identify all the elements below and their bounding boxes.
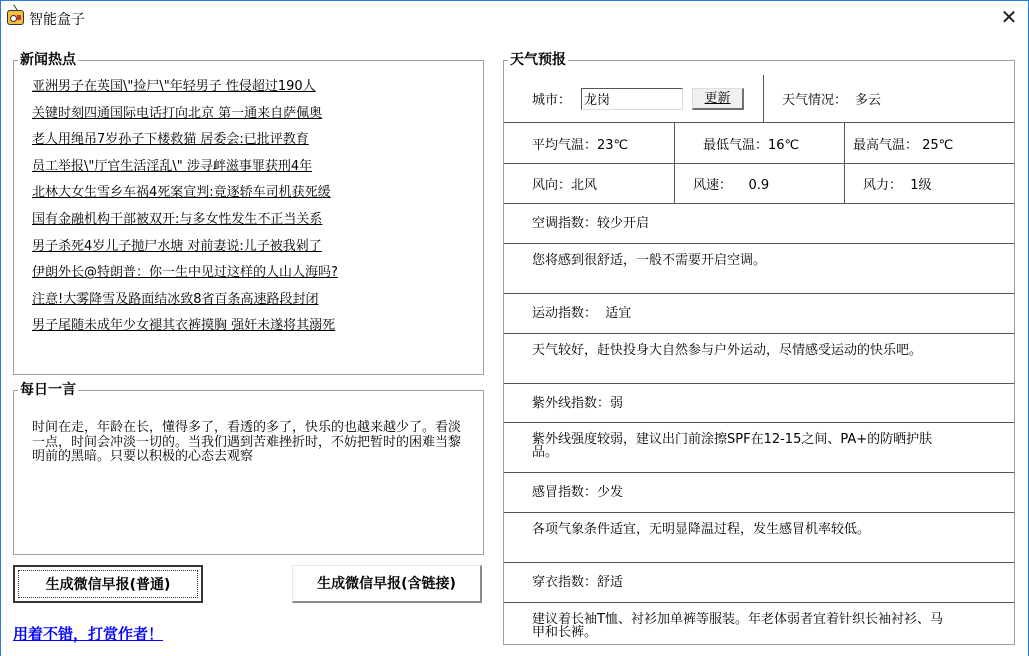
news-link[interactable]: 老人用绳吊7岁孙子下楼救猫 居委会:已批评教育	[32, 130, 338, 157]
news-link[interactable]: 男子尾随未成年少女褪其衣裤摸胸 强奸未遂将其溺死	[32, 316, 338, 343]
news-link[interactable]: 亚洲男子在英国\"捡尸\"年轻男子 性侵超过190人	[32, 77, 338, 104]
daily-quote-text: 时间在走，年龄在长，懂得多了，看透的多了，快乐的也越来越少了。看淡一点，时间会冲…	[32, 421, 462, 465]
news-link[interactable]: 男子杀死4岁儿子抛尸水塘 对前妻说:儿子被我剁了	[32, 237, 338, 264]
avg-temp: 平均气温：23℃	[504, 123, 674, 163]
daily-quote-group: 每日一言 时间在走，年龄在长，懂得多了，看透的多了，快乐的也越来越少了。看淡一点…	[13, 383, 484, 555]
news-link[interactable]: 关键时刻四通国际电话打向北京 第一通来自萨佩奥	[32, 104, 338, 131]
cold-desc-row: 各项气象条件适宜，无明显降温过程，发生感冒机率较低。	[504, 513, 1014, 563]
wind-speed: 风速： 0.9	[674, 164, 844, 203]
generate-report-link-button[interactable]: 生成微信早报(含链接)	[292, 565, 482, 603]
ac-index: 空调指数：较少开启	[504, 204, 954, 243]
sport-desc-row: 天气较好，赶快投身大自然参与户外运动，尽情感受运动的快乐吧。	[504, 334, 1014, 384]
ac-index-row: 空调指数：较少开启	[504, 204, 1014, 244]
city-label: 城市：	[532, 89, 571, 108]
cold-index: 感冒指数：少发	[504, 473, 954, 512]
uv-index: 紫外线指数：弱	[504, 384, 954, 422]
cold-desc: 各项气象条件适宜，无明显降温过程，发生感冒机率较低。	[504, 513, 954, 536]
close-icon[interactable]: ✕	[998, 7, 1020, 29]
news-group: 新闻热点 亚洲男子在英国\"捡尸\"年轻男子 性侵超过190人 关键时刻四通国际…	[13, 53, 484, 375]
refresh-button[interactable]: 更新	[692, 88, 744, 110]
city-cell: 城市： 更新	[504, 75, 763, 122]
news-link[interactable]: 伊朗外长@特朗普：你一生中见过这样的人山人海吗?	[32, 263, 338, 290]
wind-direction: 风向：北风	[504, 164, 674, 203]
cold-index-row: 感冒指数：少发	[504, 473, 1014, 513]
uv-desc: 紫外线强度较弱，建议出门前涂擦SPF在12-15之间、PA+的防晒护肤品。	[504, 423, 944, 459]
city-input[interactable]	[581, 88, 683, 110]
condition-label: 天气情况：	[782, 89, 847, 108]
weather-row-wind: 风向：北风 风速： 0.9 风力： 1级	[504, 164, 1014, 204]
app-window: 智能盒子 ✕ 新闻热点 亚洲男子在英国\"捡尸\"年轻男子 性侵超过190人 关…	[0, 0, 1029, 656]
uv-desc-row: 紫外线强度较弱，建议出门前涂擦SPF在12-15之间、PA+的防晒护肤品。	[504, 423, 1014, 473]
title-bar: 智能盒子 ✕	[1, 1, 1028, 35]
window-title: 智能盒子	[29, 9, 85, 29]
donate-link[interactable]: 用着不错，打赏作者！	[13, 623, 163, 644]
condition-cell: 天气情况： 多云	[763, 75, 1014, 122]
condition-value: 多云	[855, 89, 881, 108]
news-link[interactable]: 员工举报\"厅官生活淫乱\" 涉寻衅滋事罪获刑4年	[32, 157, 338, 184]
sport-index: 运动指数： 适宜	[504, 294, 954, 333]
news-link[interactable]: 注意!大雾降雪及路面结冰致8省百条高速路段封闭	[32, 290, 338, 317]
uv-index-row: 紫外线指数：弱	[504, 384, 1014, 423]
ac-desc: 您将感到很舒适，一般不需要开启空调。	[504, 244, 954, 267]
dress-index-row: 穿衣指数：舒适	[504, 563, 1014, 603]
daily-quote-title: 每日一言	[18, 383, 78, 397]
min-temp: 最低气温：16℃	[674, 123, 844, 163]
generate-report-normal-label: 生成微信早报(普通)	[46, 577, 171, 593]
dress-index: 穿衣指数：舒适	[504, 563, 954, 602]
dress-desc: 建议着长袖T恤、衬衫加单裤等服装。年老体弱者宜着针织长袖衬衫、马甲和长裤。	[504, 603, 954, 639]
weather-grid: 城市： 更新 天气情况： 多云 平均气温：23℃ 最低气温：16℃ 最高气温： …	[504, 75, 1014, 649]
weather-title: 天气预报	[508, 53, 568, 67]
weather-row-city: 城市： 更新 天气情况： 多云	[504, 75, 1014, 123]
wind-force: 风力： 1级	[844, 164, 1014, 203]
news-link[interactable]: 国有金融机构干部被双开:与多女性发生不正当关系	[32, 210, 338, 237]
news-title: 新闻热点	[18, 53, 78, 67]
sport-index-row: 运动指数： 适宜	[504, 294, 1014, 334]
ac-desc-row: 您将感到很舒适，一般不需要开启空调。	[504, 244, 1014, 294]
generate-report-normal-button[interactable]: 生成微信早报(普通)	[13, 565, 203, 603]
sport-desc: 天气较好，赶快投身大自然参与户外运动，尽情感受运动的快乐吧。	[504, 334, 954, 357]
news-list: 亚洲男子在英国\"捡尸\"年轻男子 性侵超过190人 关键时刻四通国际电话打向北…	[32, 77, 338, 343]
weather-row-temp: 平均气温：23℃ 最低气温：16℃ 最高气温： 25℃	[504, 123, 1014, 164]
dress-desc-row: 建议着长袖T恤、衬衫加单裤等服装。年老体弱者宜着针织长袖衬衫、马甲和长裤。	[504, 603, 1014, 649]
news-link[interactable]: 北林大女生雪乡车祸4死案宣判:竟逐轿车司机获死缓	[32, 183, 338, 210]
max-temp: 最高气温： 25℃	[844, 123, 1014, 163]
radio-icon	[7, 10, 24, 25]
weather-group: 天气预报 城市： 更新 天气情况： 多云 平均气温：23℃ 最低气温：16℃ 最…	[503, 53, 1015, 645]
